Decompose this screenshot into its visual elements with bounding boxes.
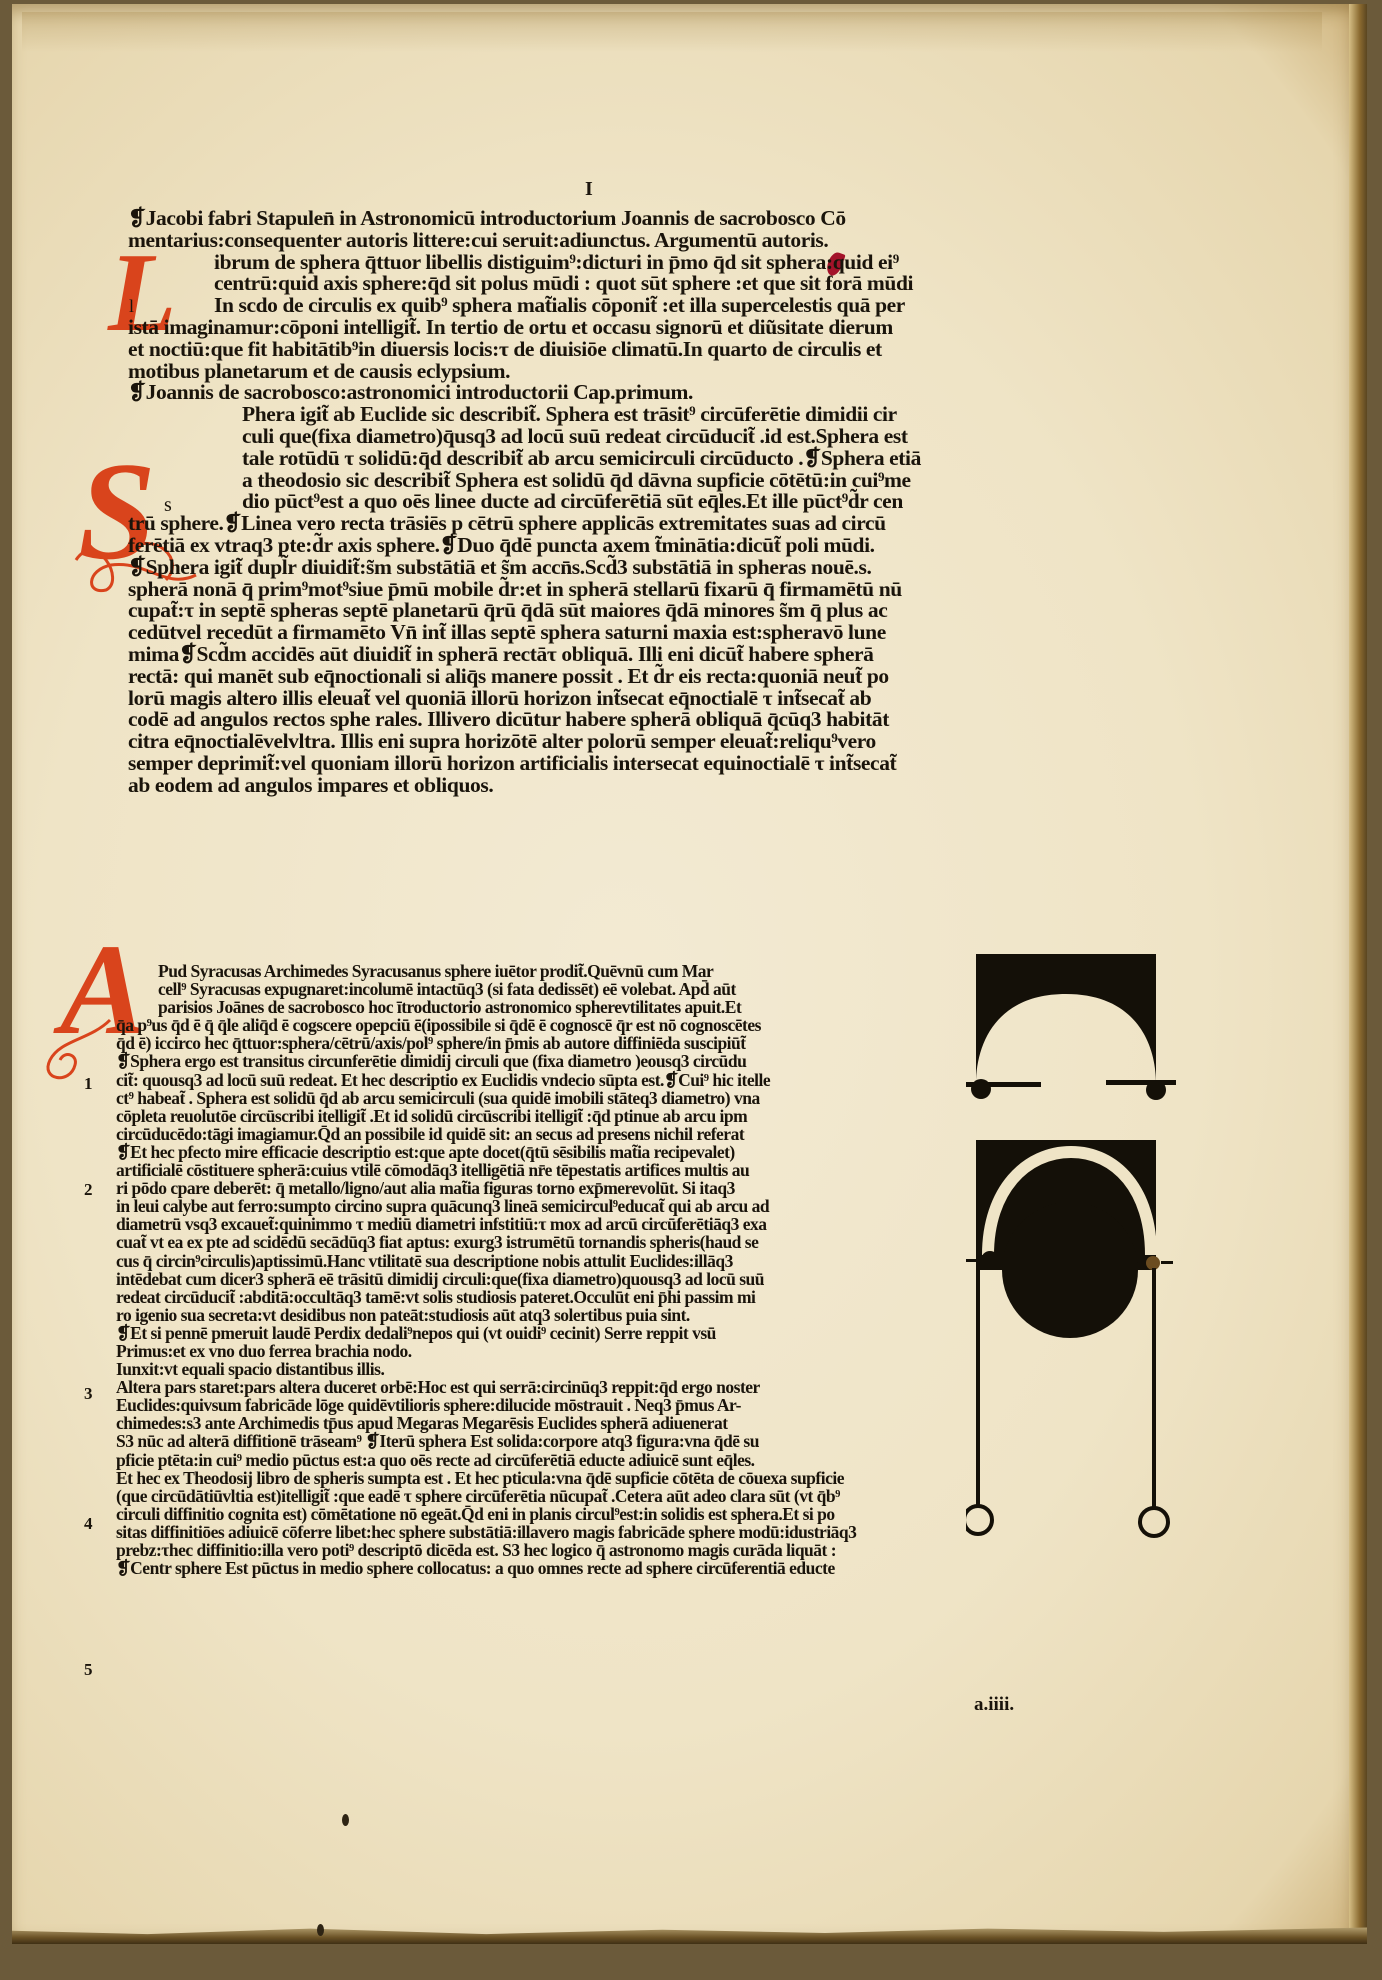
verse-line: Altera pars staret:pars altera duceret o…: [116, 1378, 856, 1396]
verse-line: Primus:et ex vno duo ferrea brachia nodo…: [116, 1342, 856, 1360]
text-line: citra eq̄noctialēvelvltra. Illis eni sup…: [128, 731, 921, 753]
commentary-line: ❡Centr sphere Est pūctus in medio sphere…: [116, 1559, 856, 1577]
text-line: ab eodem ad angulos impares et obliquos.: [128, 775, 921, 797]
text-line: lorū magis altero illis eleuat͂ vel quon…: [128, 688, 921, 710]
margin-number: 1: [84, 1074, 93, 1094]
woodcut-sphere-turning-instrument-icon: [966, 1130, 1176, 1550]
text-line: rectā: qui manēt sub eq̄noctionali si al…: [128, 666, 921, 688]
folio-number: I: [585, 178, 593, 201]
commentary-line: prebz:τhec diffinitio:illa vero poti⁹ de…: [116, 1541, 856, 1559]
commentary-line: cit͂: quousq3 ad locū suū redeat. Et hec…: [116, 1071, 856, 1089]
commentary-line: ct⁹ habeat͂ . Sphera est solidū q̄d ab a…: [116, 1089, 856, 1107]
commentary-line: cōpleta reuolutōe circūscribi itelligit͂…: [116, 1107, 856, 1125]
commentary-line: cus q̄ circin⁹circulis)aptissimū.Hanc vt…: [116, 1252, 856, 1270]
woodcut-semicircle-cutter-icon: [966, 954, 1176, 1104]
page-edge-bottom: [12, 1922, 1367, 1944]
text-line: Phera igit͂ ab Euclide sic describit͂. S…: [128, 404, 921, 426]
text-line: codē ad angulos rectos sphe rales. Illiv…: [128, 709, 921, 731]
commentary-line: Euclides:quivsum fabricāde lōge quidēvti…: [116, 1396, 856, 1414]
text-line: culi que(fixa diametro)q̄usq3 ad locū su…: [128, 426, 921, 448]
text-line: In scdo de circulis ex quib⁹ sphera mat͂…: [128, 295, 921, 317]
text-line: trū sphere.❡Linea vero recta trāsiēs p c…: [128, 513, 921, 535]
text-line: cupat͂:τ in septē spheras septē planetar…: [128, 600, 921, 622]
text-line: et noctiū:que fit habitātib⁹in diuersis …: [128, 339, 921, 361]
commentary-block: Pud Syracusas Archimedes Syracusanus sph…: [116, 962, 856, 1577]
margin-number: 5: [84, 1660, 93, 1680]
text-line: semper deprimit͂:vel quoniam illorū hori…: [128, 753, 921, 775]
commentary-line: ❡Sphera ergo est transitus circunferētie…: [116, 1052, 856, 1070]
commentary-line: sitas diffinitiōes adiuicē cōferre libet…: [116, 1523, 856, 1541]
commentary-line: q̄d ē) iccirco hec q̄ttuor:sphera/cētrū/…: [116, 1034, 856, 1052]
margin-number: 3: [84, 1384, 93, 1404]
water-stain: [22, 12, 1322, 52]
commentary-line: ❡Et si pennē pmeruit laudē Perdix dedali…: [116, 1324, 856, 1342]
chapter-heading: ❡Joannis de sacrobosco:astronomici intro…: [128, 382, 921, 404]
commentary-line: ❡Et hec pfecto mire efficacie descriptio…: [116, 1143, 856, 1161]
text-line: mentarius:consequenter autoris littere:c…: [128, 230, 921, 252]
text-line: cedūtvel recedūt a firmamēto Vn̄ int͂ il…: [128, 622, 921, 644]
commentary-line: parisios Joānes de sacrobosco hoc ītrodu…: [116, 998, 856, 1016]
commentary-line: circuli diffinitio cognita est) cōmētati…: [116, 1505, 856, 1523]
text-line: ❡Sphera igit͂ dupl͂r diuidit͂:s͂m substā…: [128, 557, 921, 579]
page-edge-right: [1349, 4, 1367, 1944]
commentary-line: q̄a p⁹us q̄d ē q̄ q̄le aliq̄d ē cogscere…: [116, 1016, 856, 1034]
commentary-line: cell⁹ Syracusas expugnaret:incolumē inta…: [116, 980, 856, 998]
verse-line: Iunxit:vt equali spacio distantibus illi…: [116, 1360, 856, 1378]
text-line: ❡Jacobi fabri Stapulen̄ in Astronomicū i…: [128, 208, 921, 230]
text-line: tale rotūdū τ solidū:q̄d describit͂ ab a…: [128, 448, 921, 470]
text-line: dio pūct⁹est a quo oēs linee ducte ad ci…: [128, 491, 921, 513]
commentary-line: redeat circūducit͂ :abditā:occultāq3 tam…: [116, 1288, 856, 1306]
text-line: centrū:quid axis sphere:q̄d sit polus mū…: [128, 273, 921, 295]
margin-number: 2: [84, 1180, 93, 1200]
commentary-line: chimedes:s3 ante Archimedis tp̄us apud M…: [116, 1414, 856, 1432]
text-line: istā imaginamur:cōponi intelligit͂. In t…: [128, 317, 921, 339]
commentary-line: pficie ptēta:in cui⁹ medio pūctus est:a …: [116, 1451, 856, 1469]
commentary-line: (que circūdātiūvltia est)itelligit͂ :que…: [116, 1487, 856, 1505]
text-line: mima❡Scd͂m accidēs aūt diuidit͂ in spher…: [128, 644, 921, 666]
main-text-block: ❡Jacobi fabri Stapulen̄ in Astronomicū i…: [128, 208, 921, 797]
commentary-line: Et hec ex Theodosij libro de spheris sum…: [116, 1469, 856, 1487]
signature-mark: a.iiii.: [974, 1694, 1014, 1716]
text-line: ibrum de sphera q̄ttuor libellis distigu…: [128, 252, 921, 274]
ink-speck: [317, 1924, 324, 1936]
commentary-line: cuat͂ vt ea ex pte ad scidēdū secādūq3 f…: [116, 1233, 856, 1251]
text-line: a theodosio sic describit͂ Sphera est so…: [128, 470, 921, 492]
commentary-line: Pud Syracusas Archimedes Syracusanus sph…: [116, 962, 856, 980]
commentary-line: circūducēdo:tāgi imagiamur.Q̄d an possib…: [116, 1125, 856, 1143]
initial-flourish-a: [30, 1010, 120, 1090]
commentary-line: ri pōdo cpare deberēt: q̄ metallo/ligno/…: [116, 1179, 856, 1197]
commentary-line: S3 nūc ad alterā diffitionē trāseam⁹ ❡It…: [116, 1432, 856, 1450]
margin-number: 4: [84, 1514, 93, 1534]
ink-speck: [342, 1814, 349, 1826]
commentary-line: intēdebat cum dicer3 spherā eē trāsitū d…: [116, 1270, 856, 1288]
commentary-line: artificialē cōstituere spherā:cuius vtil…: [116, 1161, 856, 1179]
commentary-line: ro igenio sua secreta:vt desidibus non p…: [116, 1306, 856, 1324]
commentary-line: in leui calybe aut ferro:sumpto circino …: [116, 1197, 856, 1215]
text-line: ferētiā ex vtraq3 pte:d͂r axis sphere.❡D…: [128, 535, 921, 557]
commentary-line: diametrū vsq3 excauet͂:quinimmo τ mediū …: [116, 1215, 856, 1233]
text-line: spherā nonā q̄ prim⁹mot⁹siue p̄mū mobile…: [128, 579, 921, 601]
